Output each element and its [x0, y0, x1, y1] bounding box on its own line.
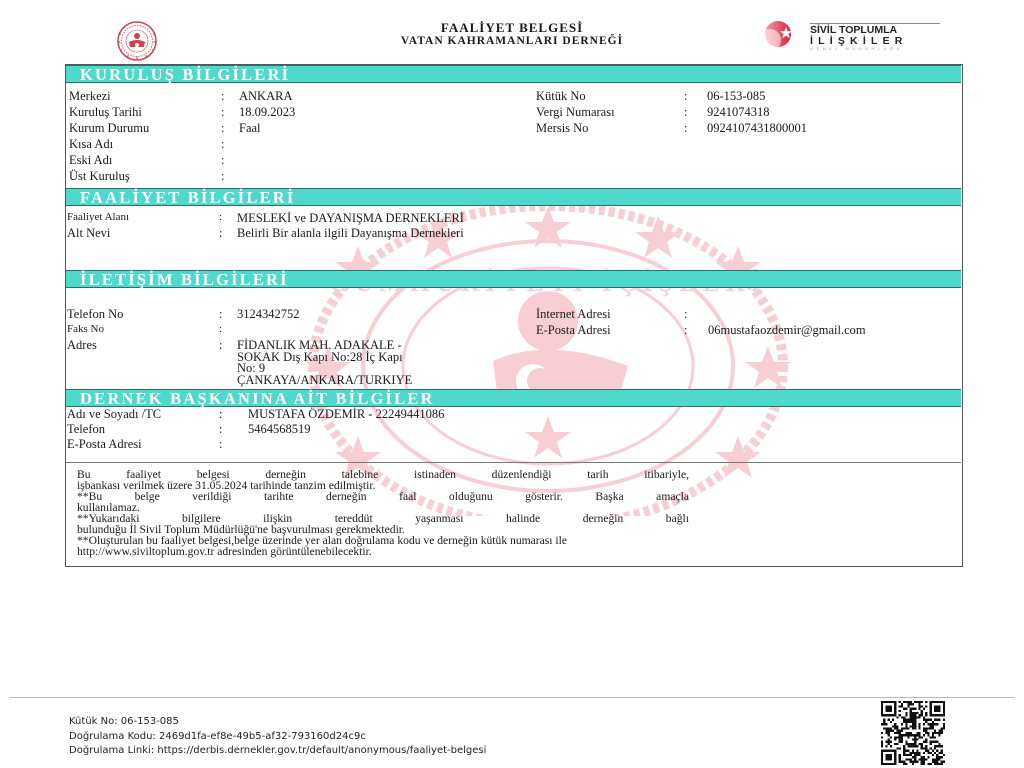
- footer-verification-code: Doğrulama Kodu: 2469d1fa-ef8e-49b5-af32-…: [69, 731, 366, 742]
- section-kurulus-header: KURULUŞ BİLGİLERİ: [66, 65, 961, 83]
- document-header: FAALİYET BELGESİ VATAN KAHRAMANLARI DERN…: [0, 0, 1024, 62]
- stk-logo-text: SİVİL TOPLUMLA İLİŞKİLER GENEL MÜDÜRLÜĞÜ: [810, 20, 940, 51]
- footer-verification-link[interactable]: Doğrulama Linki: https://derbis.dernekle…: [69, 745, 486, 756]
- document-body: KURULUŞ BİLGİLERİ Merkezi : ANKARA Kurul…: [65, 64, 963, 567]
- section-faaliyet-header: FAALİYET BİLGİLERİ: [66, 188, 961, 206]
- address-lines: FİDANLIK MAH. ADAKALE - SOKAK Dış Kapı N…: [237, 340, 412, 386]
- section-baskan-header: DERNEK BAŞKANINA AİT BİLGİLER: [66, 389, 961, 407]
- footer-kutuk-no: Kütük No: 06-153-085: [69, 716, 179, 727]
- legal-notice: Bu faaliyet belgesi derneğin talebine is…: [66, 462, 961, 566]
- qr-code-icon: [881, 701, 945, 765]
- footer-divider: [10, 697, 1014, 698]
- section-iletisim-header: İLETİŞİM BİLGİLERİ: [66, 270, 961, 288]
